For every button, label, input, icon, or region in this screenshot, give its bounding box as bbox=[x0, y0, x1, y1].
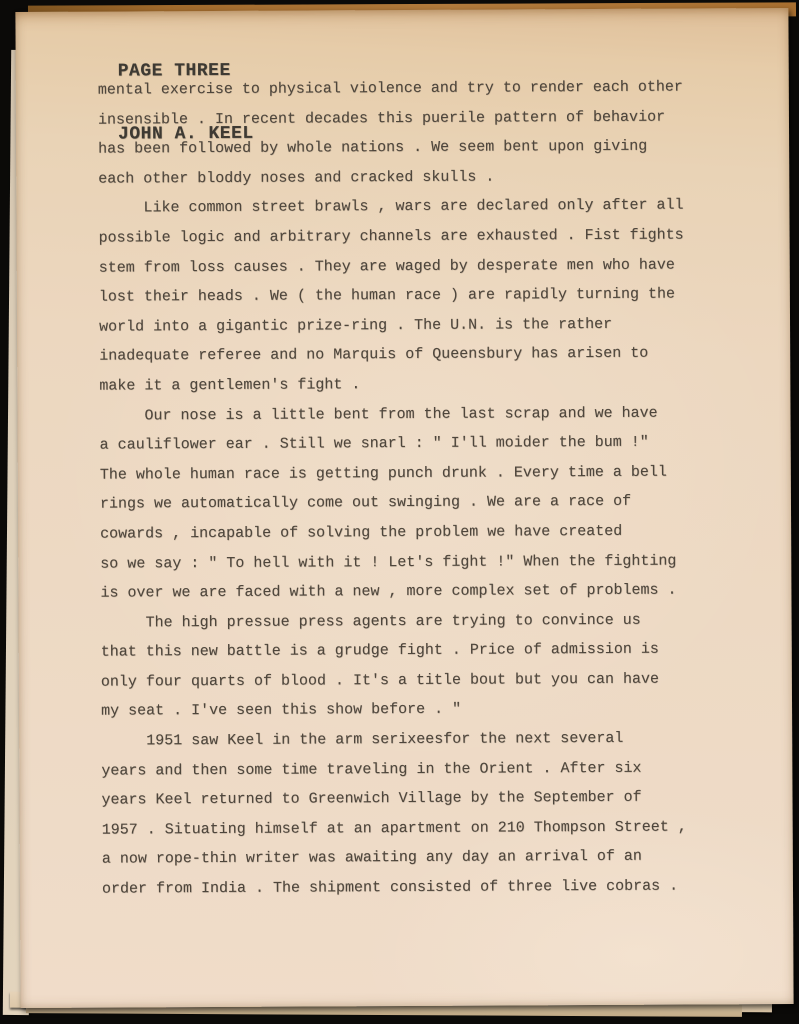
paragraph-1: mental exercise to physical violence and… bbox=[98, 72, 719, 194]
paragraph-3: Our nose is a little bent from the last … bbox=[99, 398, 720, 608]
scanned-document-background: PAGE THREE JOHN A. KEEL mental exercise … bbox=[0, 0, 799, 1024]
paragraph-4: The high pressue press agents are trying… bbox=[101, 605, 722, 727]
paragraph-5: 1951 saw Keel in the arm serixeesfor the… bbox=[101, 723, 722, 904]
typewritten-body: mental exercise to physical violence and… bbox=[98, 72, 722, 904]
paragraph-2: Like common street brawls , wars are dec… bbox=[98, 191, 719, 401]
document-page: PAGE THREE JOHN A. KEEL mental exercise … bbox=[15, 8, 793, 1008]
